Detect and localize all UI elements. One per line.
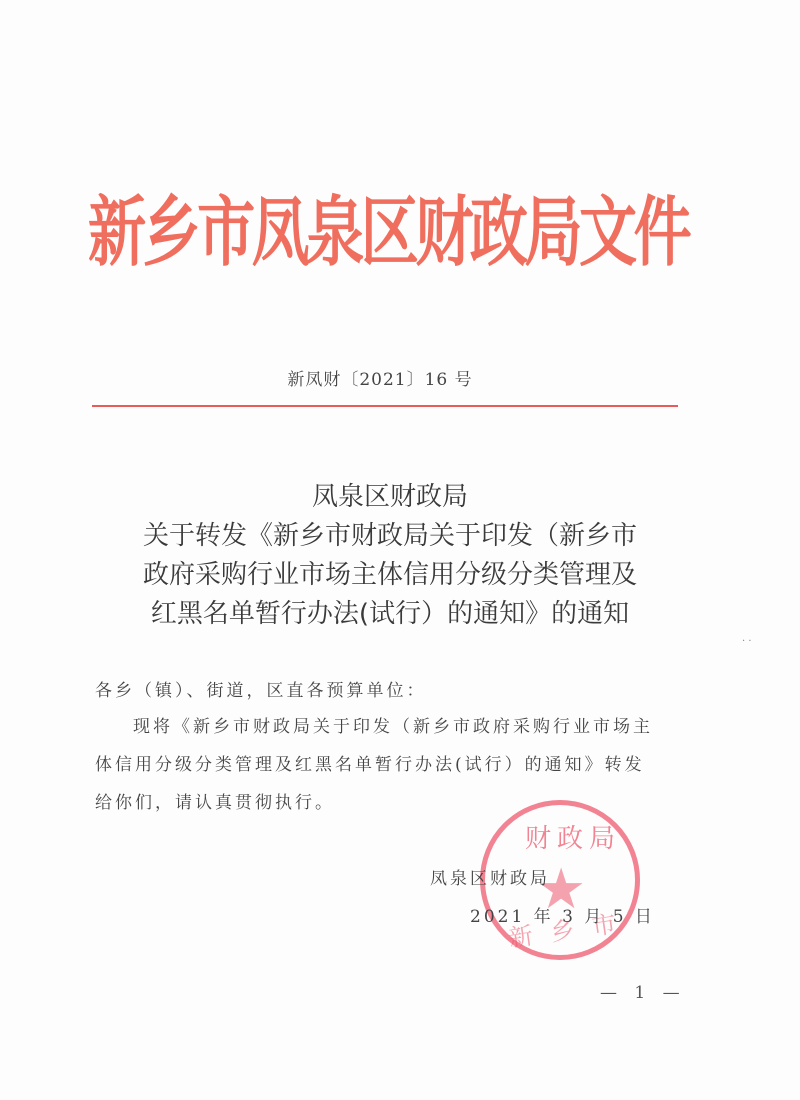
- seal-top-text: 财政局: [525, 818, 621, 855]
- title-line: 关于转发《新乡市财政局关于印发（新乡市: [100, 517, 680, 556]
- document-title: 凤泉区财政局 关于转发《新乡市财政局关于印发（新乡市 政府采购行业市场主体信用分…: [100, 478, 680, 634]
- title-line: 红黑名单暂行办法(试行）的通知》的通知: [100, 595, 680, 634]
- document-masthead: 新乡市凤泉区财政局文件: [88, 186, 651, 301]
- signature-issuer: 凤泉区财政局: [430, 860, 550, 898]
- scan-speck: · ·: [742, 636, 752, 647]
- title-line: 政府采购行业市场主体信用分级分类管理及: [100, 556, 680, 595]
- body-line: 现将《新乡市财政局关于印发（新乡市政府采购行业市场主: [95, 708, 695, 746]
- salutation: 各乡（镇）、街道，区直各预算单位：: [95, 672, 427, 710]
- body-paragraph: 现将《新乡市财政局关于印发（新乡市政府采购行业市场主 体信用分级分类管理及红黑名…: [95, 708, 695, 822]
- document-number: 新凤财〔2021〕16 号: [0, 365, 760, 390]
- body-line: 体信用分级分类管理及红黑名单暂行办法(试行）的通知》转发: [95, 746, 695, 784]
- page-number: — 1 —: [600, 983, 686, 1003]
- red-divider-line: [92, 405, 678, 407]
- title-line-issuer: 凤泉区财政局: [100, 478, 680, 517]
- signature-date: 2021 年 3 月 5 日: [470, 898, 655, 936]
